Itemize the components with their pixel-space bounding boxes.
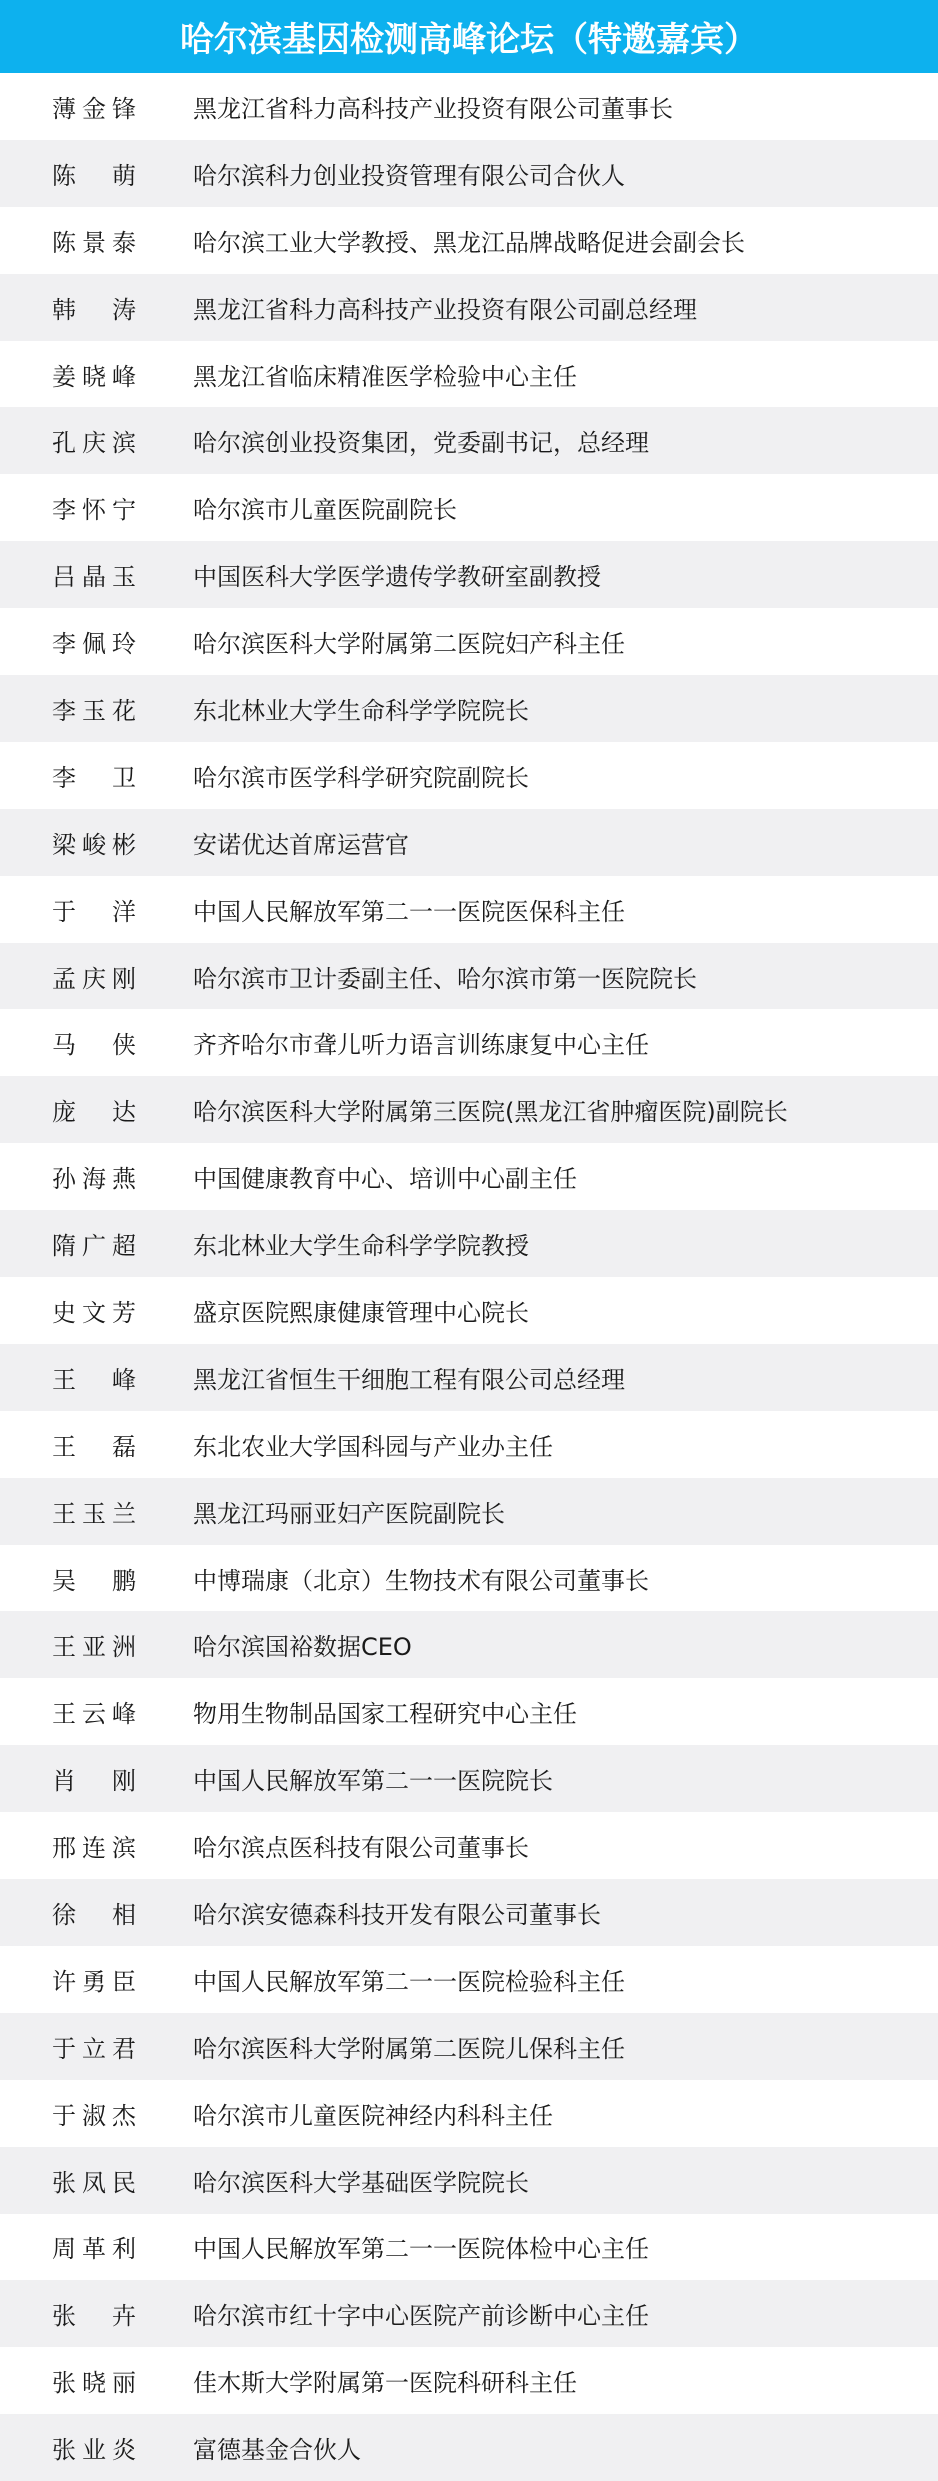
guest-name: 陈萌 <box>52 156 136 191</box>
guest-row: 王玉兰黑龙江玛丽亚妇产医院副院长 <box>0 1478 938 1545</box>
guest-row: 周革利中国人民解放军第二一一医院体检中心主任 <box>0 2214 938 2281</box>
guest-name: 王云峰 <box>52 1694 136 1729</box>
guest-title: 哈尔滨安德森科技开发有限公司董事长 <box>193 1895 601 1930</box>
guest-name: 吕晶玉 <box>52 557 136 592</box>
guest-row: 于淑杰哈尔滨市儿童医院神经内科科主任 <box>0 2080 938 2147</box>
guest-title: 黑龙江玛丽亚妇产医院副院长 <box>193 1494 505 1529</box>
guest-name: 王亚洲 <box>52 1627 136 1662</box>
guest-name: 张凤民 <box>52 2163 136 2198</box>
guest-name: 周革利 <box>52 2229 136 2264</box>
guest-row: 李佩玲哈尔滨医科大学附属第二医院妇产科主任 <box>0 608 938 675</box>
guest-row: 孟庆刚哈尔滨市卫计委副主任、哈尔滨市第一医院院长 <box>0 943 938 1010</box>
guest-name: 于洋 <box>52 892 136 927</box>
guest-name: 王峰 <box>52 1360 136 1395</box>
guest-row: 邢连滨哈尔滨点医科技有限公司董事长 <box>0 1812 938 1879</box>
guest-row: 张业炎富德基金合伙人 <box>0 2414 938 2481</box>
guest-name: 肖刚 <box>52 1761 136 1796</box>
guest-title: 哈尔滨市医学科学研究院副院长 <box>193 758 529 793</box>
guest-title: 佳木斯大学附属第一医院科研科主任 <box>193 2363 577 2398</box>
guest-title: 哈尔滨市卫计委副主任、哈尔滨市第一医院院长 <box>193 959 697 994</box>
page-header: 哈尔滨基因检测高峰论坛（特邀嘉宾） <box>0 0 938 73</box>
guest-title: 黑龙江省科力高科技产业投资有限公司副总经理 <box>193 290 697 325</box>
guest-row: 梁峻彬安诺优达首席运营官 <box>0 809 938 876</box>
guest-row: 王磊东北农业大学国科园与产业办主任 <box>0 1411 938 1478</box>
guest-row: 韩涛黑龙江省科力高科技产业投资有限公司副总经理 <box>0 274 938 341</box>
guest-list: 薄金锋黑龙江省科力高科技产业投资有限公司董事长陈萌哈尔滨科力创业投资管理有限公司… <box>0 73 938 2481</box>
guest-row: 吴鹏中博瑞康（北京）生物技术有限公司董事长 <box>0 1545 938 1612</box>
guest-name: 梁峻彬 <box>52 825 136 860</box>
guest-row: 于立君哈尔滨医科大学附属第二医院儿保科主任 <box>0 2013 938 2080</box>
guest-title: 中博瑞康（北京）生物技术有限公司董事长 <box>193 1561 649 1596</box>
guest-name: 李佩玲 <box>52 624 136 659</box>
guest-name: 于淑杰 <box>52 2096 136 2131</box>
guest-title: 哈尔滨医科大学附属第二医院儿保科主任 <box>193 2029 625 2064</box>
guest-title: 黑龙江省临床精准医学检验中心主任 <box>193 357 577 392</box>
guest-row: 姜晓峰黑龙江省临床精准医学检验中心主任 <box>0 341 938 408</box>
guest-name: 王磊 <box>52 1427 136 1462</box>
guest-row: 李怀宁哈尔滨市儿童医院副院长 <box>0 474 938 541</box>
guest-title: 哈尔滨医科大学附属第三医院(黑龙江省肿瘤医院)副院长 <box>193 1092 788 1127</box>
guest-name: 邢连滨 <box>52 1828 136 1863</box>
guest-title: 盛京医院熙康健康管理中心院长 <box>193 1293 529 1328</box>
guest-title: 哈尔滨医科大学附属第二医院妇产科主任 <box>193 624 625 659</box>
guest-name: 张晓丽 <box>52 2363 136 2398</box>
guest-title: 哈尔滨点医科技有限公司董事长 <box>193 1828 529 1863</box>
guest-row: 李玉花东北林业大学生命科学学院院长 <box>0 675 938 742</box>
guest-row: 于洋中国人民解放军第二一一医院医保科主任 <box>0 876 938 943</box>
guest-name: 陈景泰 <box>52 223 136 258</box>
guest-row: 李卫哈尔滨市医学科学研究院副院长 <box>0 742 938 809</box>
guest-name: 张卉 <box>52 2296 136 2331</box>
guest-name: 于立君 <box>52 2029 136 2064</box>
guest-title: 中国人民解放军第二一一医院检验科主任 <box>193 1962 625 1997</box>
guest-name: 孔庆滨 <box>52 423 136 458</box>
guest-title: 哈尔滨创业投资集团，党委副书记，总经理 <box>193 423 649 458</box>
guest-title: 齐齐哈尔市聋儿听力语言训练康复中心主任 <box>193 1025 649 1060</box>
guest-name: 李玉花 <box>52 691 136 726</box>
guest-name: 庞达 <box>52 1092 136 1127</box>
guest-name: 马侠 <box>52 1025 136 1060</box>
guest-title: 黑龙江省恒生干细胞工程有限公司总经理 <box>193 1360 625 1395</box>
guest-title: 富德基金合伙人 <box>193 2430 361 2465</box>
guest-row: 吕晶玉中国医科大学医学遗传学教研室副教授 <box>0 541 938 608</box>
guest-name: 许勇臣 <box>52 1962 136 1997</box>
guest-row: 孙海燕中国健康教育中心、培训中心副主任 <box>0 1143 938 1210</box>
guest-row: 王峰黑龙江省恒生干细胞工程有限公司总经理 <box>0 1344 938 1411</box>
guest-row: 张卉哈尔滨市红十字中心医院产前诊断中心主任 <box>0 2280 938 2347</box>
guest-title: 哈尔滨医科大学基础医学院院长 <box>193 2163 529 2198</box>
guest-title: 物用生物制品国家工程研究中心主任 <box>193 1694 577 1729</box>
guest-row: 史文芳盛京医院熙康健康管理中心院长 <box>0 1277 938 1344</box>
guest-name: 孟庆刚 <box>52 959 136 994</box>
guest-title: 哈尔滨市红十字中心医院产前诊断中心主任 <box>193 2296 649 2331</box>
guest-title: 哈尔滨市儿童医院副院长 <box>193 490 457 525</box>
guest-title: 安诺优达首席运营官 <box>193 825 409 860</box>
guest-row: 徐相哈尔滨安德森科技开发有限公司董事长 <box>0 1879 938 1946</box>
guest-name: 李怀宁 <box>52 490 136 525</box>
guest-name: 王玉兰 <box>52 1494 136 1529</box>
guest-row: 许勇臣中国人民解放军第二一一医院检验科主任 <box>0 1946 938 2013</box>
guest-name: 吴鹏 <box>52 1561 136 1596</box>
guest-row: 陈景泰哈尔滨工业大学教授、黑龙江品牌战略促进会副会长 <box>0 207 938 274</box>
guest-row: 王亚洲哈尔滨国裕数据CEO <box>0 1611 938 1678</box>
guest-title: 哈尔滨工业大学教授、黑龙江品牌战略促进会副会长 <box>193 223 745 258</box>
guest-row: 陈萌哈尔滨科力创业投资管理有限公司合伙人 <box>0 140 938 207</box>
guest-title: 东北农业大学国科园与产业办主任 <box>193 1427 553 1462</box>
guest-name: 薄金锋 <box>52 89 136 124</box>
guest-title: 东北林业大学生命科学学院教授 <box>193 1226 529 1261</box>
guest-row: 隋广超东北林业大学生命科学学院教授 <box>0 1210 938 1277</box>
guest-row: 薄金锋黑龙江省科力高科技产业投资有限公司董事长 <box>0 73 938 140</box>
guest-row: 肖刚中国人民解放军第二一一医院院长 <box>0 1745 938 1812</box>
guest-row: 孔庆滨哈尔滨创业投资集团，党委副书记，总经理 <box>0 407 938 474</box>
guest-name: 史文芳 <box>52 1293 136 1328</box>
guest-row: 张凤民哈尔滨医科大学基础医学院院长 <box>0 2147 938 2214</box>
guest-name: 徐相 <box>52 1895 136 1930</box>
guest-title: 东北林业大学生命科学学院院长 <box>193 691 529 726</box>
guest-title: 中国人民解放军第二一一医院医保科主任 <box>193 892 625 927</box>
guest-row: 王云峰物用生物制品国家工程研究中心主任 <box>0 1678 938 1745</box>
guest-title: 中国人民解放军第二一一医院体检中心主任 <box>193 2229 649 2264</box>
guest-title: 哈尔滨市儿童医院神经内科科主任 <box>193 2096 553 2131</box>
guest-name: 韩涛 <box>52 290 136 325</box>
guest-row: 马侠齐齐哈尔市聋儿听力语言训练康复中心主任 <box>0 1009 938 1076</box>
guest-title: 中国健康教育中心、培训中心副主任 <box>193 1159 577 1194</box>
guest-name: 李卫 <box>52 758 136 793</box>
page-title: 哈尔滨基因检测高峰论坛（特邀嘉宾） <box>180 12 758 61</box>
guest-title: 黑龙江省科力高科技产业投资有限公司董事长 <box>193 89 673 124</box>
guest-name: 孙海燕 <box>52 1159 136 1194</box>
guest-title: 中国人民解放军第二一一医院院长 <box>193 1761 553 1796</box>
guest-name: 张业炎 <box>52 2430 136 2465</box>
guest-title: 哈尔滨国裕数据CEO <box>193 1627 412 1662</box>
guest-row: 张晓丽佳木斯大学附属第一医院科研科主任 <box>0 2347 938 2414</box>
guest-name: 隋广超 <box>52 1226 136 1261</box>
guest-title: 中国医科大学医学遗传学教研室副教授 <box>193 557 601 592</box>
guest-name: 姜晓峰 <box>52 357 136 392</box>
guest-row: 庞达哈尔滨医科大学附属第三医院(黑龙江省肿瘤医院)副院长 <box>0 1076 938 1143</box>
guest-title: 哈尔滨科力创业投资管理有限公司合伙人 <box>193 156 625 191</box>
